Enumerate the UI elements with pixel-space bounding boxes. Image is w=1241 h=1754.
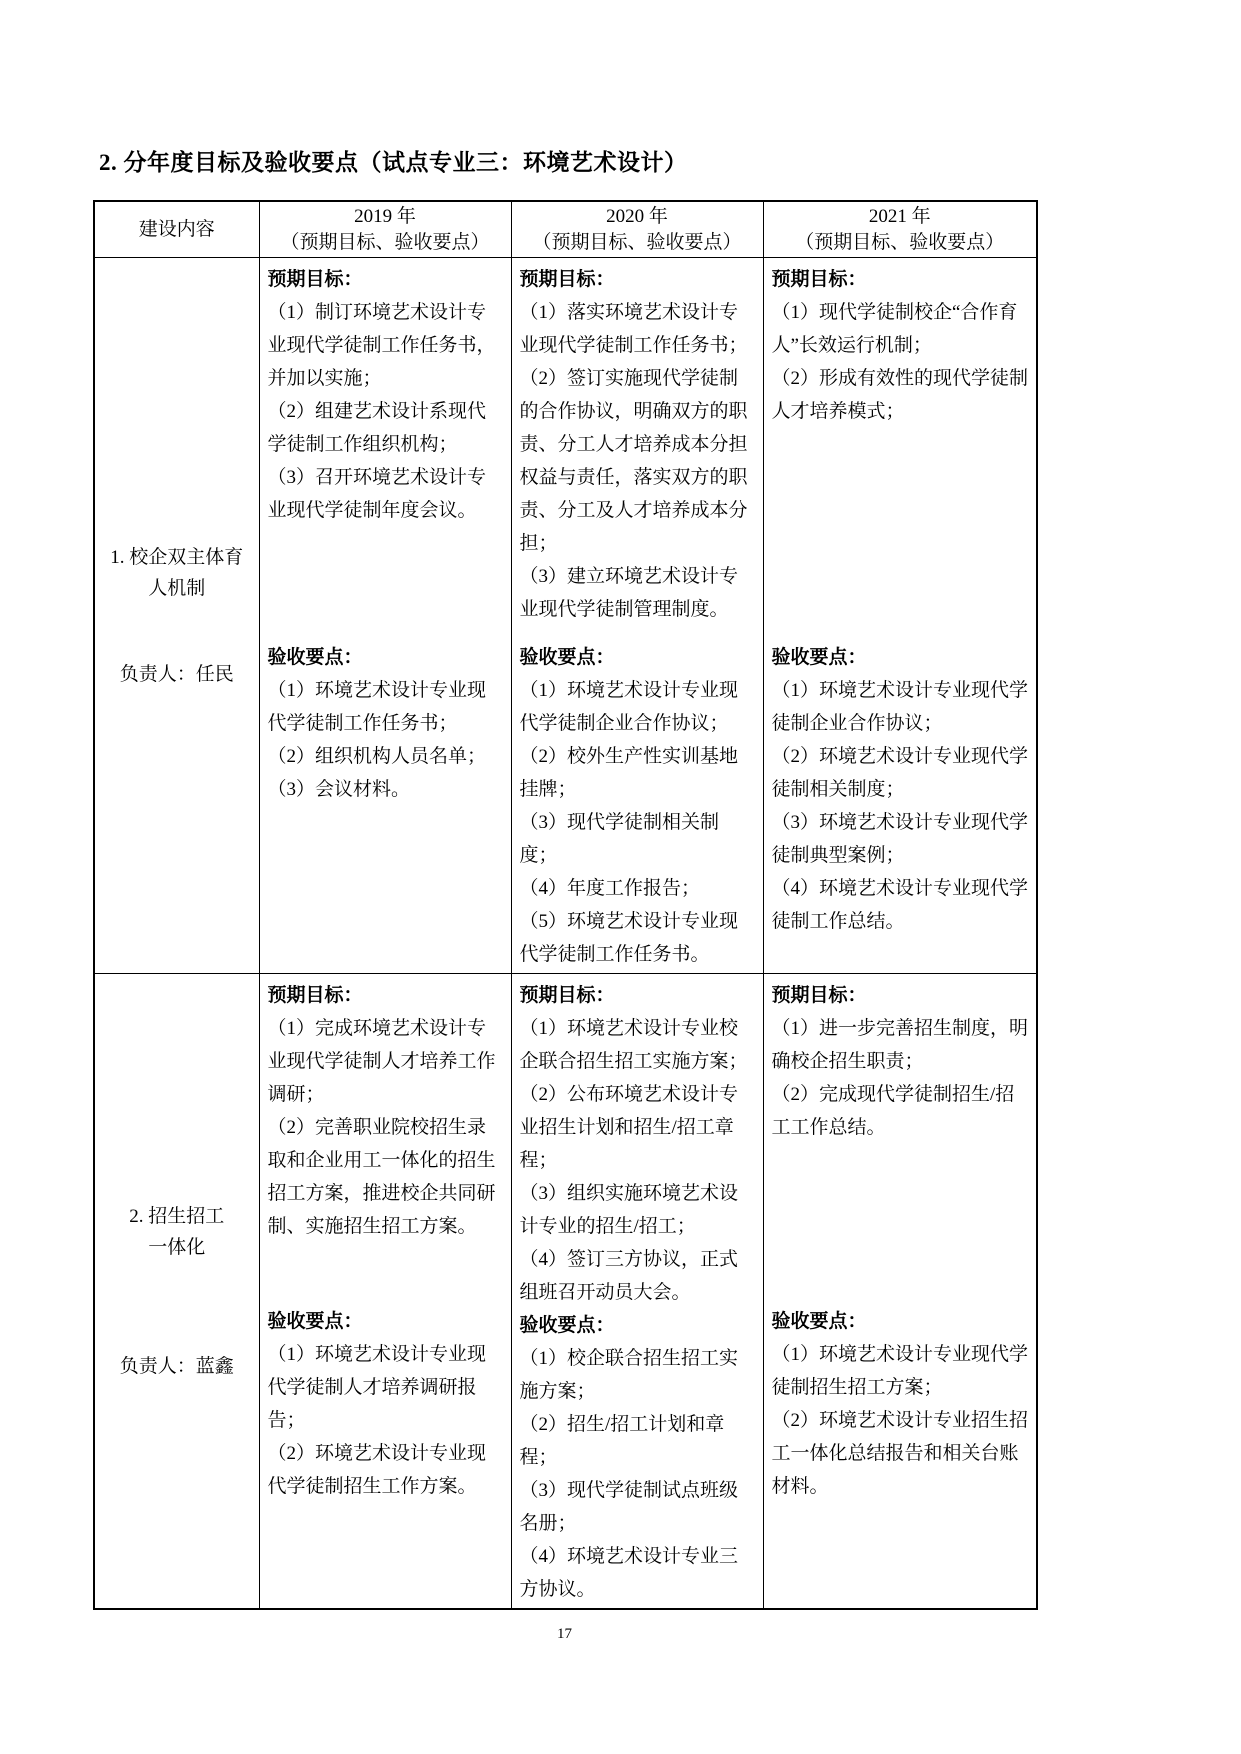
goal-heading: 预期目标：	[268, 263, 505, 296]
header-2021-year: 2021 年	[764, 204, 1037, 230]
check-item: （4）年度工作报告；	[520, 872, 757, 905]
header-2019: 2019 年 （预期目标、验收要点）	[259, 201, 511, 258]
check-heading: 验收要点：	[520, 641, 757, 674]
row2-2019-goals-section: 预期目标： （1）完成环境艺术设计专业现代学徒制人才培养工作调研； （2）完善职…	[268, 979, 505, 1305]
row1-label-line1: 1. 校企双主体育	[110, 542, 243, 573]
header-2021-subtitle: （预期目标、验收要点）	[764, 230, 1037, 256]
goal-heading: 预期目标：	[772, 979, 1031, 1012]
row2-cell-2019: 预期目标： （1）完成环境艺术设计专业现代学徒制人才培养工作调研； （2）完善职…	[259, 974, 511, 1610]
check-item: （1）环境艺术设计专业现代学徒制工作任务书；	[268, 674, 505, 740]
goal-heading: 预期目标：	[268, 979, 505, 1012]
goal-item: （2）组建艺术设计系现代学徒制工作组织机构；	[268, 395, 505, 461]
row1-label-wrap: 1. 校企双主体育 人机制 负责人：任民	[95, 542, 259, 690]
row2-item-label: 2. 招生招工 一体化	[129, 1201, 224, 1263]
check-item: （1）环境艺术设计专业现代学徒制企业合作协议；	[520, 674, 757, 740]
check-item: （2）环境艺术设计专业招生招工一体化总结报告和相关台账材料。	[772, 1404, 1031, 1503]
goal-item: （2）形成有效性的现代学徒制人才培养模式；	[772, 362, 1031, 428]
goal-item: （1）完成环境艺术设计专业现代学徒制人才培养工作调研；	[268, 1012, 505, 1111]
row1-leader: 负责人：任民	[120, 659, 234, 690]
row1-cell-2020: 预期目标： （1）落实环境艺术设计专业现代学徒制工作任务书； （2）签订实施现代…	[511, 258, 763, 974]
goal-heading: 预期目标：	[520, 979, 757, 1012]
row2-2021-checks-section: 验收要点： （1）环境艺术设计专业现代学徒制招生招工方案； （2）环境艺术设计专…	[772, 1305, 1031, 1503]
row2-label-cell: 2. 招生招工 一体化 负责人：蓝鑫	[94, 974, 259, 1610]
document-page: 2. 分年度目标及验收要点（试点专业三：环境艺术设计） 建设内容 2019 年 …	[0, 0, 1241, 1754]
table-header-row: 建设内容 2019 年 （预期目标、验收要点） 2020 年 （预期目标、验收要…	[94, 201, 1037, 258]
goal-item: （1）落实环境艺术设计专业现代学徒制工作任务书；	[520, 296, 757, 362]
check-item: （2）校外生产性实训基地挂牌；	[520, 740, 757, 806]
row2-2020-checks-section: 验收要点： （1）校企联合招生招工实施方案； （2）招生/招工计划和章程； （3…	[520, 1309, 757, 1606]
header-2019-year: 2019 年	[260, 204, 511, 230]
goal-item: （2）公布环境艺术设计专业招生计划和招生/招工章程；	[520, 1078, 757, 1177]
row2-2020-goals-section: 预期目标： （1）环境艺术设计专业校企联合招生招工实施方案； （2）公布环境艺术…	[520, 979, 757, 1309]
check-item: （3）环境艺术设计专业现代学徒制典型案例；	[772, 806, 1031, 872]
check-item: （5）环境艺术设计专业现代学徒制工作任务书。	[520, 905, 757, 971]
check-item: （1）环境艺术设计专业现代学徒制人才培养调研报告；	[268, 1338, 505, 1437]
row2-label-line2: 一体化	[129, 1232, 224, 1263]
row1-2021-goals-section: 预期目标： （1）现代学徒制校企“合作育人”长效运行机制； （2）形成有效性的现…	[772, 263, 1031, 641]
check-heading: 验收要点：	[520, 1309, 757, 1342]
check-item: （3）现代学徒制试点班级名册；	[520, 1474, 757, 1540]
row1-label-cell: 1. 校企双主体育 人机制 负责人：任民	[94, 258, 259, 974]
goal-heading: 预期目标：	[520, 263, 757, 296]
row1-2020-goals-section: 预期目标： （1）落实环境艺术设计专业现代学徒制工作任务书； （2）签订实施现代…	[520, 263, 757, 641]
header-2020: 2020 年 （预期目标、验收要点）	[511, 201, 763, 258]
check-heading: 验收要点：	[772, 1305, 1031, 1338]
check-item: （4）环境艺术设计专业三方协议。	[520, 1540, 757, 1606]
header-2019-subtitle: （预期目标、验收要点）	[260, 230, 511, 256]
goal-item: （1）现代学徒制校企“合作育人”长效运行机制；	[772, 296, 1031, 362]
goal-item: （3）召开环境艺术设计专业现代学徒制年度会议。	[268, 461, 505, 527]
row2-label-line1: 2. 招生招工	[129, 1201, 224, 1232]
page-number: 17	[93, 1626, 1036, 1643]
header-2021: 2021 年 （预期目标、验收要点）	[763, 201, 1037, 258]
check-item: （2）组织机构人员名单；	[268, 740, 505, 773]
row2-cell-2020: 预期目标： （1）环境艺术设计专业校企联合招生招工实施方案； （2）公布环境艺术…	[511, 974, 763, 1610]
row1-2019-checks-section: 验收要点： （1）环境艺术设计专业现代学徒制工作任务书； （2）组织机构人员名单…	[268, 641, 505, 806]
check-heading: 验收要点：	[268, 1305, 505, 1338]
annual-goals-table: 建设内容 2019 年 （预期目标、验收要点） 2020 年 （预期目标、验收要…	[93, 200, 1038, 1610]
check-item: （4）环境艺术设计专业现代学徒制工作总结。	[772, 872, 1031, 938]
check-item: （1）校企联合招生招工实施方案；	[520, 1342, 757, 1408]
goal-item: （2）签订实施现代学徒制的合作协议，明确双方的职责、分工人才培养成本分担权益与责…	[520, 362, 757, 560]
check-heading: 验收要点：	[268, 641, 505, 674]
goal-item: （1）进一步完善招生制度，明确校企招生职责；	[772, 1012, 1031, 1078]
row2-2019-checks-section: 验收要点： （1）环境艺术设计专业现代学徒制人才培养调研报告； （2）环境艺术设…	[268, 1305, 505, 1503]
goal-item: （4）签订三方协议，正式组班召开动员大会。	[520, 1243, 757, 1309]
section-title: 2. 分年度目标及验收要点（试点专业三：环境艺术设计）	[99, 144, 688, 177]
row2-cell-2021: 预期目标： （1）进一步完善招生制度，明确校企招生职责； （2）完成现代学徒制招…	[763, 974, 1037, 1610]
check-item: （2）环境艺术设计专业现代学徒制招生工作方案。	[268, 1437, 505, 1503]
goal-heading: 预期目标：	[772, 263, 1031, 296]
check-item: （2）环境艺术设计专业现代学徒制相关制度；	[772, 740, 1031, 806]
header-construction-content: 建设内容	[94, 201, 259, 258]
row1-cell-2019: 预期目标： （1）制订环境艺术设计专业现代学徒制工作任务书，并加以实施； （2）…	[259, 258, 511, 974]
check-heading: 验收要点：	[772, 641, 1031, 674]
row2-label-wrap: 2. 招生招工 一体化 负责人：蓝鑫	[95, 1201, 259, 1382]
header-2020-subtitle: （预期目标、验收要点）	[512, 230, 763, 256]
check-item: （1）环境艺术设计专业现代学徒制企业合作协议；	[772, 674, 1031, 740]
row1-item-label: 1. 校企双主体育 人机制	[110, 542, 243, 604]
goal-item: （1）环境艺术设计专业校企联合招生招工实施方案；	[520, 1012, 757, 1078]
goal-item: （1）制订环境艺术设计专业现代学徒制工作任务书，并加以实施；	[268, 296, 505, 395]
goal-item: （2）完善职业院校招生录取和企业用工一体化的招生招工方案，推进校企共同研制、实施…	[268, 1111, 505, 1243]
row1-2020-checks-section: 验收要点： （1）环境艺术设计专业现代学徒制企业合作协议； （2）校外生产性实训…	[520, 641, 757, 971]
goal-item: （3）建立环境艺术设计专业现代学徒制管理制度。	[520, 560, 757, 626]
goal-item: （3）组织实施环境艺术设计专业的招生/招工；	[520, 1177, 757, 1243]
row2-leader: 负责人：蓝鑫	[120, 1351, 234, 1382]
check-item: （3）现代学徒制相关制度；	[520, 806, 757, 872]
table-row-recruitment: 2. 招生招工 一体化 负责人：蓝鑫 预期目标： （1）完成环境艺术设计专业现代…	[94, 974, 1037, 1610]
check-item: （1）环境艺术设计专业现代学徒制招生招工方案；	[772, 1338, 1031, 1404]
table-row-mechanism: 1. 校企双主体育 人机制 负责人：任民 预期目标： （1）制订环境艺术设计专业…	[94, 258, 1037, 974]
check-item: （2）招生/招工计划和章程；	[520, 1408, 757, 1474]
header-2020-year: 2020 年	[512, 204, 763, 230]
row1-2019-goals-section: 预期目标： （1）制订环境艺术设计专业现代学徒制工作任务书，并加以实施； （2）…	[268, 263, 505, 641]
row1-label-line2: 人机制	[110, 573, 243, 604]
row2-2021-goals-section: 预期目标： （1）进一步完善招生制度，明确校企招生职责； （2）完成现代学徒制招…	[772, 979, 1031, 1305]
row1-cell-2021: 预期目标： （1）现代学徒制校企“合作育人”长效运行机制； （2）形成有效性的现…	[763, 258, 1037, 974]
check-item: （3）会议材料。	[268, 773, 505, 806]
row1-2021-checks-section: 验收要点： （1）环境艺术设计专业现代学徒制企业合作协议； （2）环境艺术设计专…	[772, 641, 1031, 938]
goal-item: （2）完成现代学徒制招生/招工工作总结。	[772, 1078, 1031, 1144]
